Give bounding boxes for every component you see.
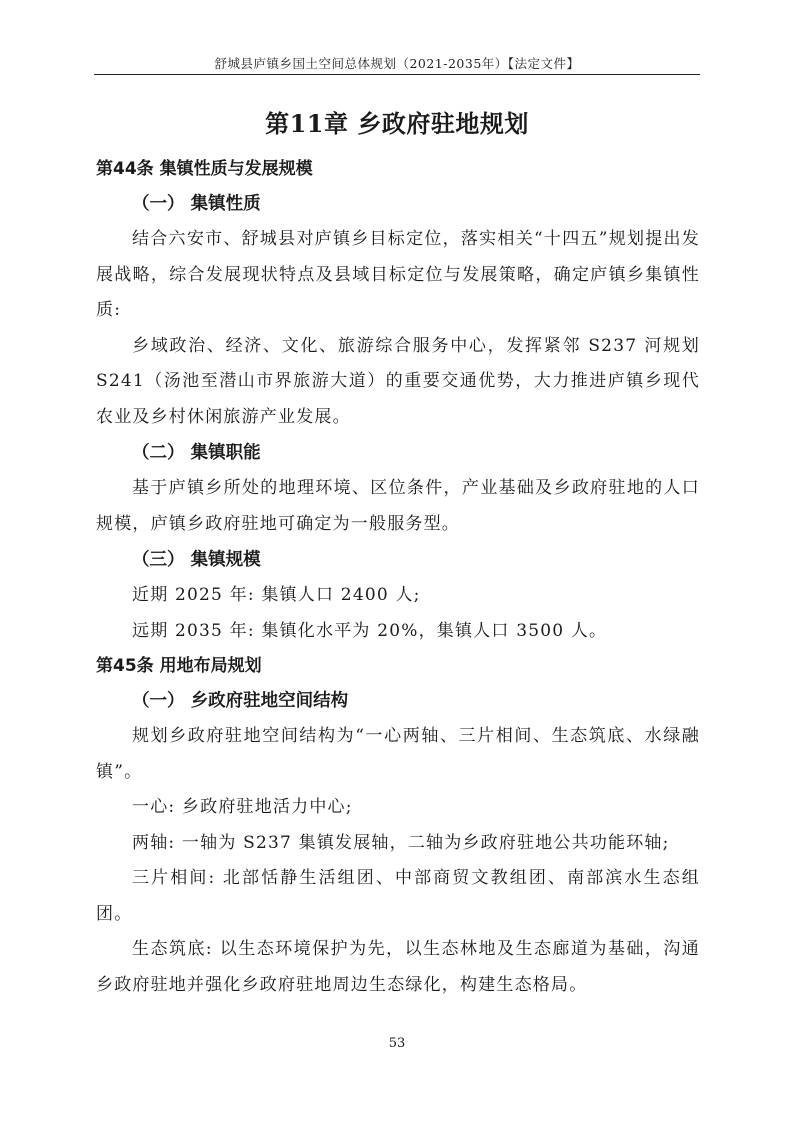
running-header: 舒城县庐镇乡国土空间总体规划（2021-2035年）【法定文件】	[94, 54, 700, 72]
subsection-heading: （一） 乡政府驻地空间结构	[96, 683, 700, 719]
paragraph: 两轴: 一轴为 S237 集镇发展轴，二轴为乡政府驻地公共功能环轴;	[96, 826, 700, 862]
paragraph: 一心: 乡政府驻地活力中心;	[96, 790, 700, 826]
subsection-heading: （一） 集镇性质	[96, 186, 700, 222]
paragraph: 三片相间: 北部恬静生活组团、中部商贸文教组团、南部滨水生态组团。	[96, 861, 700, 932]
page-number: 53	[0, 1036, 794, 1051]
paragraph: 结合六安市、舒城县对庐镇乡目标定位，落实相关“十四五”规划提出发展战略，综合发展…	[96, 222, 700, 329]
paragraph: 生态筑底: 以生态环境保护为先，以生态林地及生态廊道为基础，沟通乡政府驻地并强化…	[96, 932, 700, 1003]
paragraph: 基于庐镇乡所处的地理环境、区位条件，产业基础及乡政府驻地的人口规模，庐镇乡政府驻…	[96, 471, 700, 542]
article-heading-44: 第44条 集镇性质与发展规模	[96, 152, 700, 186]
paragraph: 乡域政治、经济、文化、旅游综合服务中心，发挥紧邻 S237 河规划 S241（汤…	[96, 329, 700, 436]
subsection-heading: （二） 集镇职能	[96, 435, 700, 471]
header-divider	[94, 74, 700, 75]
document-body: 第44条 集镇性质与发展规模 （一） 集镇性质 结合六安市、舒城县对庐镇乡目标定…	[96, 152, 700, 1003]
paragraph: 规划乡政府驻地空间结构为“一心两轴、三片相间、生态筑底、水绿融镇”。	[96, 719, 700, 790]
paragraph: 近期 2025 年: 集镇人口 2400 人;	[96, 578, 700, 614]
chapter-title: 第11章 乡政府驻地规划	[0, 104, 794, 139]
article-heading-45: 第45条 用地布局规划	[96, 649, 700, 683]
subsection-heading: （三） 集镇规模	[96, 542, 700, 578]
paragraph: 远期 2035 年: 集镇化水平为 20%，集镇人口 3500 人。	[96, 614, 700, 650]
